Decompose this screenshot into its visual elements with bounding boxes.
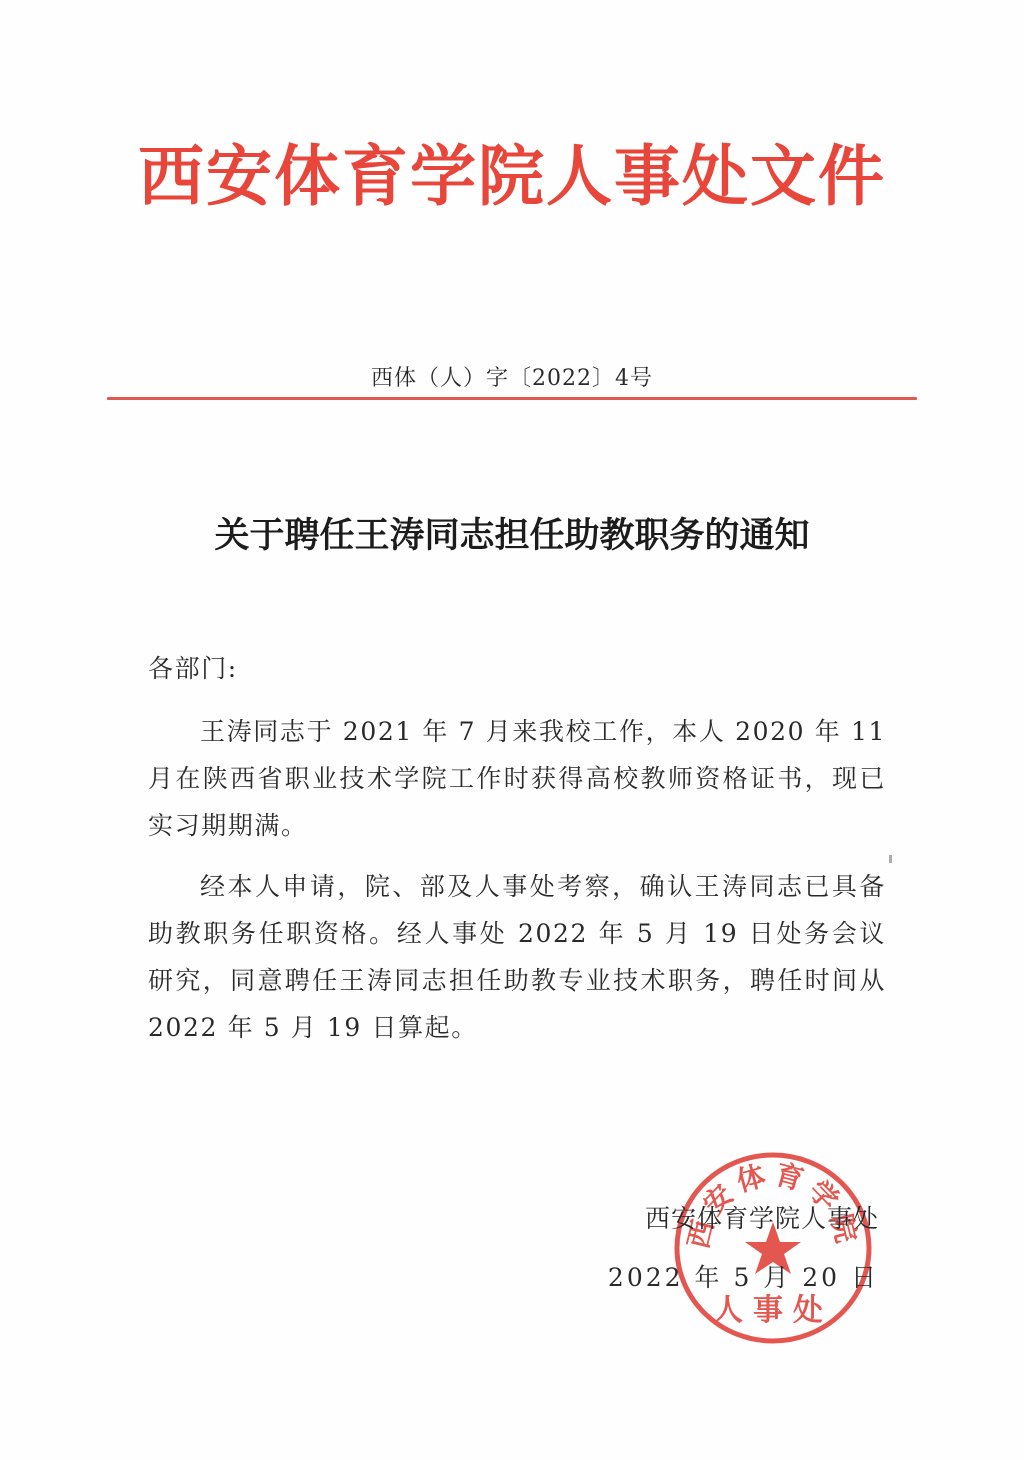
seal-bottom-text: 人事处 (713, 1293, 833, 1328)
document-header-title: 西安体育学院人事处文件 (0, 136, 1024, 216)
scan-speck (889, 855, 892, 863)
body-paragraph: 经本人申请，院、部及人事处考察，确认王涛同志已具备助教职务任职资格。经人事处 2… (148, 863, 886, 1051)
signature-date: 2022 年 5 月 20 日 (608, 1258, 879, 1298)
body-paragraph: 王涛同志于 2021 年 7 月来我校工作，本人 2020 年 11 月在陕西省… (148, 708, 886, 849)
header-divider (107, 397, 917, 400)
official-seal: 西安体育学院 人事处 (672, 1150, 874, 1346)
document-number: 西体（人）字〔2022〕4号 (0, 364, 1024, 394)
notice-title: 关于聘任王涛同志担任助教职务的通知 (0, 510, 1024, 562)
salutation: 各部门: (148, 645, 886, 692)
signature-organization: 西安体育学院人事处 (645, 1199, 879, 1239)
